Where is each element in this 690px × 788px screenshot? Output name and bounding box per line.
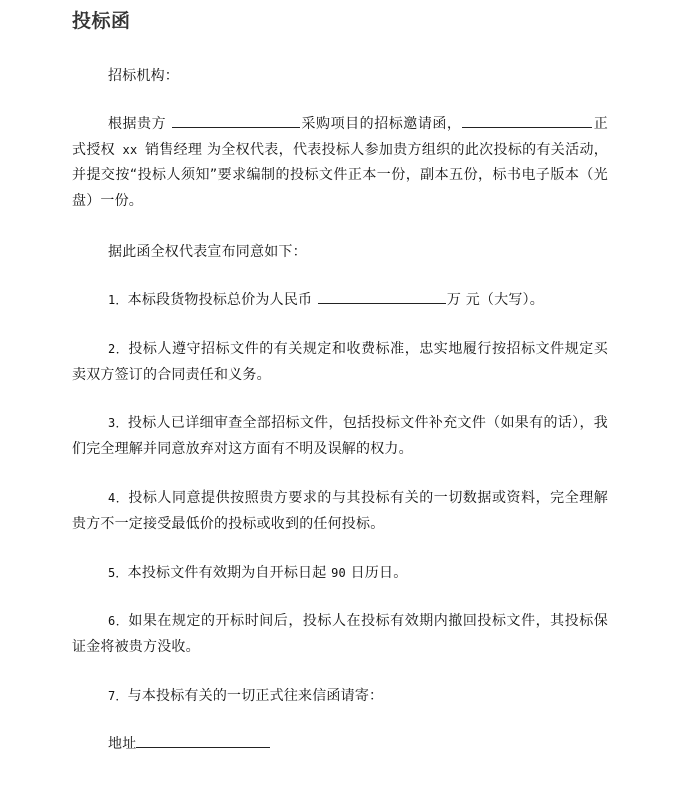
clause-3: 3．投标人已详细审查全部招标文件，包括投标文件补充文件（如果有的话），我们完全理… — [72, 411, 608, 462]
clause-5-text-before: 本投标文件有效期为自开标日起 — [128, 565, 331, 581]
clause-7-text: 与本投标有关的一切正式往来信函请寄： — [128, 688, 384, 704]
recipient-line: 招标机构： — [72, 64, 608, 90]
address-label: 地址 — [108, 736, 136, 752]
bidder-name-blank[interactable] — [462, 113, 592, 128]
clause-1-text-before: 本标段货物投标总价为人民币 — [128, 292, 317, 308]
clause-2: 2．投标人遵守招标文件的有关规定和收费标准，忠实地履行按招标文件规定买卖双方签订… — [72, 337, 608, 388]
clause-number: 4． — [108, 491, 128, 505]
bid-price-blank[interactable] — [318, 289, 446, 304]
clause-1: 1．本标段货物投标总价为人民币 万 元（大写）。 — [72, 288, 608, 314]
clause-number: 6． — [108, 614, 128, 628]
buyer-name-blank[interactable] — [172, 113, 300, 128]
clause-4: 4．投标人同意提供按照贵方要求的与其投标有关的一切数据或资料，完全理解贵方不一定… — [72, 486, 608, 537]
validity-days: 90 — [331, 566, 346, 580]
intro-text-2: 采购项目的招标邀请函， — [301, 116, 461, 132]
clause-5: 5．本投标文件有效期为自开标日起 90 日历日。 — [72, 561, 608, 587]
clause-3-text: 投标人已详细审查全部招标文件，包括投标文件补充文件（如果有的话），我们完全理解并… — [72, 415, 608, 457]
intro-text-4: 销售经理 为全权代表，代表投标人参加贵方组织的此次投标的有关活动，并提交按“投标… — [72, 142, 608, 209]
intro-text-1: 根据贵方 — [108, 116, 171, 132]
clause-2-text: 投标人遵守招标文件的有关规定和收费标准，忠实地履行按招标文件规定买卖双方签订的合… — [72, 341, 608, 383]
clause-1-text-after: 万 元（大写）。 — [447, 292, 544, 308]
recipient-label: 招标机构： — [108, 68, 179, 84]
clause-7: 7．与本投标有关的一切正式往来信函请寄： — [72, 684, 608, 710]
clause-4-text: 投标人同意提供按照贵方要求的与其投标有关的一切数据或资料，完全理解贵方不一定接受… — [72, 490, 608, 532]
clause-number: 2． — [108, 342, 128, 356]
clause-number: 7． — [108, 689, 128, 703]
clause-6-text: 如果在规定的开标时间后，投标人在投标有效期内撤回投标文件，其投标保证金将被贵方没… — [72, 613, 608, 655]
clause-number: 5． — [108, 566, 128, 580]
address-line: 地址 — [72, 732, 608, 758]
clause-number: 3． — [108, 416, 128, 430]
clause-5-text-after: 日历日。 — [346, 565, 407, 581]
document-title: 投标函 — [72, 8, 131, 34]
address-blank[interactable] — [136, 733, 270, 748]
declaration-lead-text: 据此函全权代表宣布同意如下： — [108, 244, 307, 260]
intro-paragraph: 根据贵方 采购项目的招标邀请函，正式授权 xx 销售经理 为全权代表，代表投标人… — [72, 112, 608, 214]
authorized-name: xx — [115, 143, 145, 157]
declaration-lead: 据此函全权代表宣布同意如下： — [72, 240, 608, 266]
clause-6: 6．如果在规定的开标时间后，投标人在投标有效期内撤回投标文件，其投标保证金将被贵… — [72, 609, 608, 660]
clause-number: 1． — [108, 293, 128, 307]
